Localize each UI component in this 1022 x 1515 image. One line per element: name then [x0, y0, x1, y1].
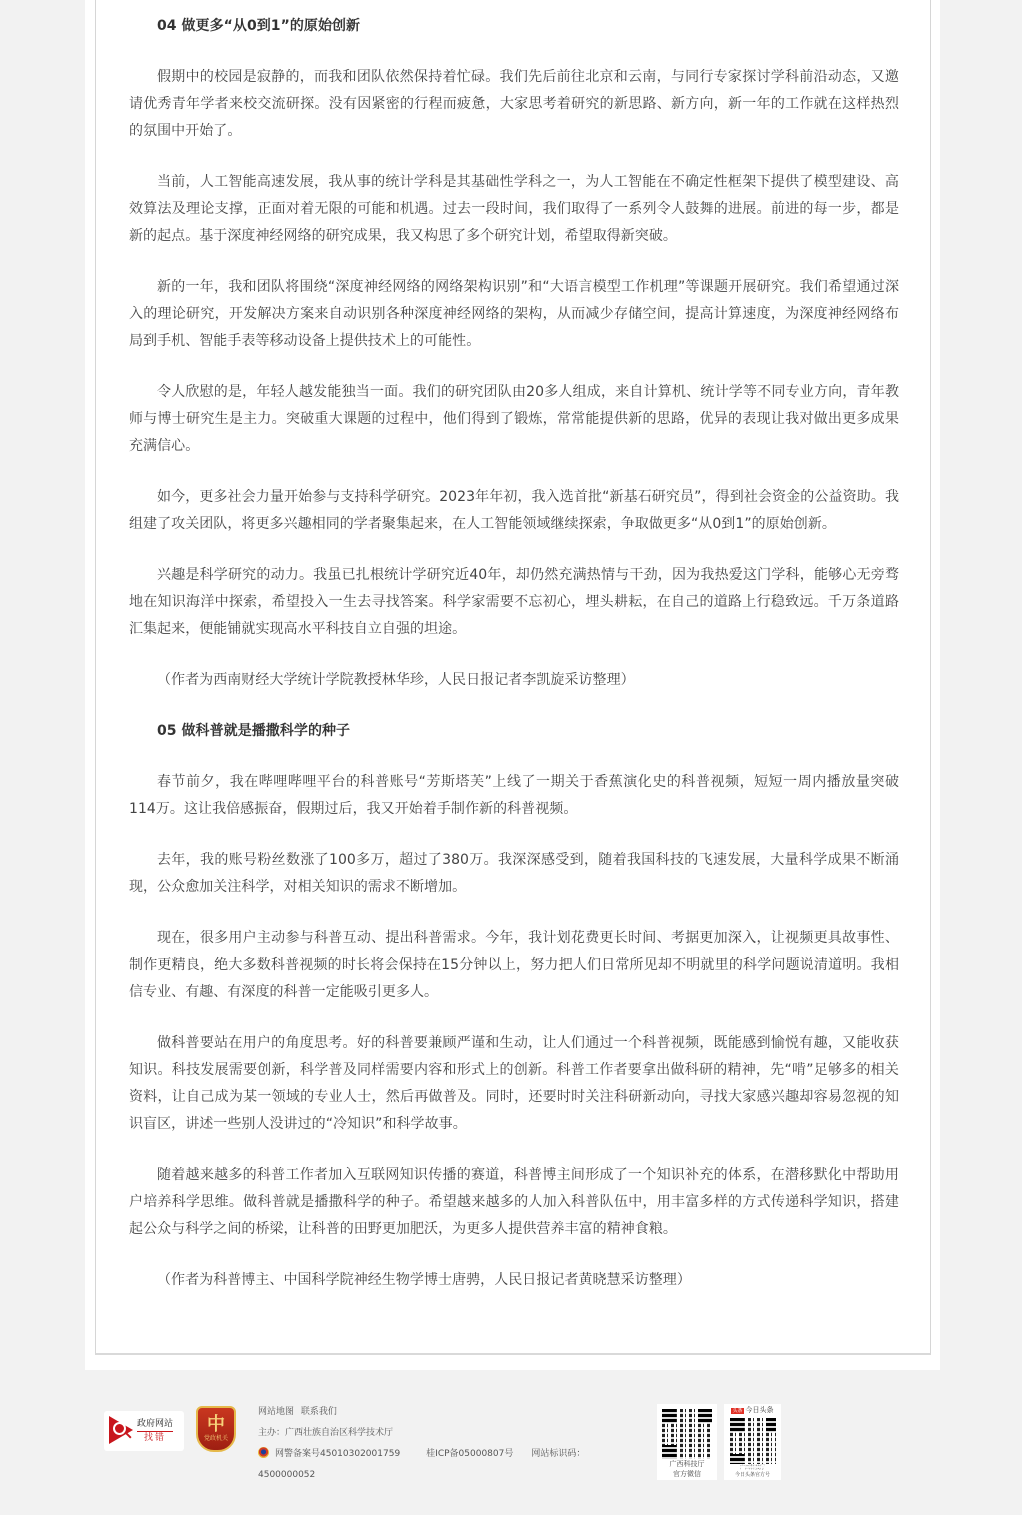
section-heading-04: 04 做更多“从0到1”的原始创新	[129, 13, 899, 40]
paragraph: 去年，我的账号粉丝数涨了100多万，超过了380万。我深深感受到，随着我国科技的…	[129, 847, 899, 901]
toutiao-qr-code	[730, 1418, 776, 1464]
sponsor-text: 主办：广西壮族自治区科学技术厅	[258, 1423, 638, 1444]
wechat-qr-card: 广西科技厅 官方微信	[657, 1404, 717, 1480]
qr-caption: 广西科技厅	[670, 1460, 705, 1469]
article-body: 04 做更多“从0到1”的原始创新 假期中的校园是寂静的，而我和团队依然保持着忙…	[129, 13, 899, 1318]
contact-link[interactable]: 联系我们	[301, 1407, 337, 1417]
toutiao-logo-icon: 头条	[731, 1408, 743, 1414]
author-credit: （作者为科普博主、中国科学院神经生物学博士唐骋，人民日报记者黄晓慧采访整理）	[129, 1267, 899, 1294]
police-badge-icon	[258, 1447, 269, 1458]
section-heading-05: 05 做科普就是播撒科学的种子	[129, 718, 899, 745]
site-id-value: 4500000052	[258, 1465, 638, 1486]
paragraph: 春节前夕，我在哔哩哔哩平台的科普账号“芳斯塔芙”上线了一期关于香蕉演化史的科普视…	[129, 769, 899, 823]
police-record-link[interactable]: 网警备案号45010302001759	[275, 1449, 400, 1459]
paragraph: 随着越来越多的科普工作者加入互联网知识传播的赛道，科普博主间形成了一个知识补充的…	[129, 1162, 899, 1243]
toutiao-qr-card: 头条今日头条 广西科技厅 今日头条官方号	[724, 1404, 781, 1480]
author-credit: （作者为西南财经大学统计学院教授林华珍，人民日报记者李凯旋采访整理）	[129, 667, 899, 694]
paragraph: 现在，很多用户主动参与科普互动、提出科普需求。今年，我计划花费更长时间、考据更加…	[129, 925, 899, 1006]
paragraph: 兴趣是科学研究的动力。我虽已扎根统计学研究近40年，却仍然充满热情与干劲，因为我…	[129, 562, 899, 643]
paragraph: 如今，更多社会力量开始参与支持科学研究。2023年年初，我入选首批“新基石研究员…	[129, 484, 899, 538]
gov-badge-line1: 政府网站	[137, 1418, 173, 1432]
party-emblem-icon: 中	[207, 1415, 225, 1435]
party-badge-label: 党政机关	[204, 1435, 228, 1443]
toutiao-header: 头条今日头条	[731, 1406, 773, 1416]
paragraph: 令人欣慰的是，年轻人越发能独当一面。我们的研究团队由20多人组成，来自计算机、统…	[129, 379, 899, 460]
paragraph: 新的一年，我和团队将围绕“深度神经网络的网络架构识别”和“大语言模型工作机理”等…	[129, 274, 899, 355]
paragraph: 做科普要站在用户的角度思考。好的科普要兼顾严谨和生动，让人们通过一个科普视频，既…	[129, 1030, 899, 1138]
content-container: 04 做更多“从0到1”的原始创新 假期中的校园是寂静的，而我和团队依然保持着忙…	[85, 0, 940, 1370]
gov-site-error-report-badge[interactable]: 政府网站 找错	[104, 1411, 184, 1451]
qr-caption: 今日头条官方号	[735, 1472, 770, 1478]
gov-badge-line2: 找错	[144, 1432, 166, 1445]
paragraph: 当前，人工智能高速发展，我从事的统计学科是其基础性学科之一，为人工智能在不确定性…	[129, 169, 899, 250]
party-government-badge[interactable]: 中 党政机关	[196, 1406, 236, 1452]
footer-info: 网站地图 联系我们 主办：广西壮族自治区科学技术厅 网警备案号450103020…	[258, 1402, 638, 1486]
qr-caption: 官方微信	[673, 1470, 701, 1479]
icp-link[interactable]: 桂ICP备05000807号	[426, 1449, 513, 1459]
magnifier-icon	[109, 1414, 135, 1448]
site-id-label: 网站标识码：	[531, 1449, 585, 1459]
article-box: 04 做更多“从0到1”的原始创新 假期中的校园是寂静的，而我和团队依然保持着忙…	[95, 0, 931, 1355]
wechat-qr-code	[662, 1409, 712, 1459]
paragraph: 假期中的校园是寂静的，而我和团队依然保持着忙碌。我们先后前往北京和云南，与同行专…	[129, 64, 899, 145]
sitemap-link[interactable]: 网站地图	[258, 1407, 294, 1417]
toutiao-title: 今日头条	[746, 1406, 774, 1414]
